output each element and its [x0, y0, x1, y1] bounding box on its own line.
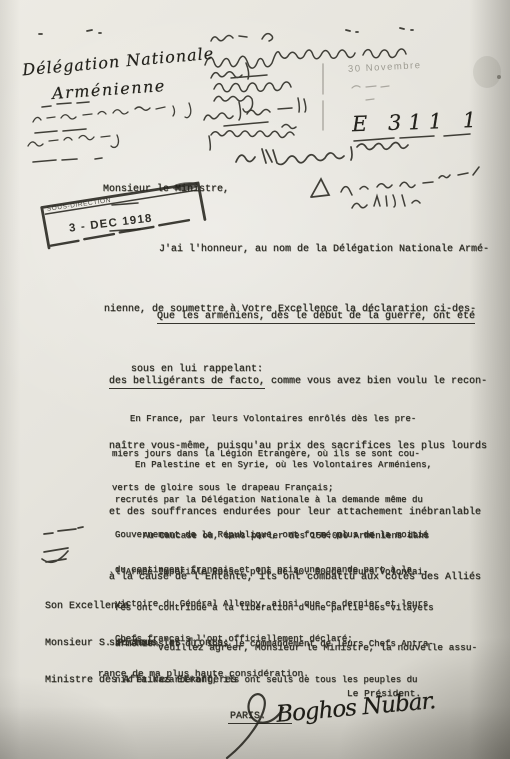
recipient-address: Son Excellence Monsieur S. Pichon Minist…: [45, 577, 292, 748]
body-line: des belligérants de facto, comme vous av…: [109, 371, 487, 393]
triangle-mark: [311, 179, 329, 197]
margin-marks-left: [42, 527, 83, 562]
closing-line-2: rance de ma plus haute considération.: [98, 668, 309, 679]
body-line: Au Caucase où, sans parler des 150.000 A…: [143, 530, 434, 542]
handwritten-scribble-left-row-1: [33, 103, 191, 122]
org-name-line2: Arménienne: [51, 76, 166, 103]
stamp-office-label: SOUS-DIRECTION: [46, 197, 111, 213]
stamp-date: 3 - DEC 1918: [68, 213, 153, 235]
scanned-letter-page: Délégation Nationale Arménienne E 311 1 …: [0, 0, 510, 759]
handwritten-scribble-row-d: [214, 75, 291, 92]
closing-line-1: Veuillez agréer, Monsieur le Ministre, l…: [158, 642, 477, 653]
file-number: E 311 1: [352, 108, 484, 137]
address-line: Son Excellence: [45, 601, 292, 613]
body-line: En Palestine et en Syrie, où les Volonta…: [135, 460, 432, 472]
handwritten-scribble-row-h: [236, 143, 408, 165]
handwritten-scribble-row-f: [204, 98, 306, 120]
body-line: recrutés par la Délégation Nationale à l…: [115, 495, 432, 507]
intro-line: J'ai l'honneur, au nom de la Délégation …: [159, 240, 489, 260]
handwritten-scribble-row-a: [211, 34, 273, 41]
handwritten-scribble-row-c: [211, 63, 249, 79]
body-line: En France, par leurs Volontaires enrôlés…: [130, 414, 420, 426]
handwritten-scribble-row-g: [209, 122, 296, 150]
faint-date-stamp: 30 Novembre: [348, 60, 422, 75]
body-line: Que les arméniens, dès le début de la gu…: [157, 306, 487, 328]
top-ink-specks: [39, 28, 413, 34]
handwritten-scribble-row-e: [214, 96, 253, 112]
org-name-line1: Délégation Nationale: [22, 44, 215, 80]
handwritten-scribble-left-row-2: [28, 135, 119, 148]
